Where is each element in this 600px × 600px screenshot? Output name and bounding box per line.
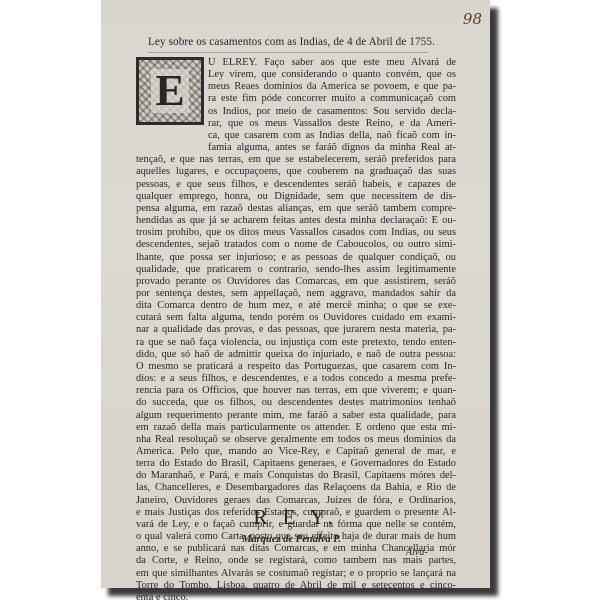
text-line: tençaõ, e que nas terras, em que se esta… [136,154,456,166]
countersignature: Marquez de Penalva P. [242,534,341,545]
text-line: dido, que só haõ de admittir queixa do i… [136,349,456,361]
text-line: ca, que casarem com as Indias della, naõ… [136,130,456,142]
text-line: rencia para os Officios, que houver nas … [136,385,456,397]
text-line: O mesmo se praticará a respeito das Port… [136,361,456,373]
text-line: las, Chancelleres, e Desembargadores das… [136,482,456,494]
text-line: dita Comarca dentro de hum mez, e até me… [136,300,456,312]
royal-signature: R E Y. [101,505,490,530]
text-line: algum requerimento perante mim, me faráõ… [136,410,456,422]
text-line: nar a qualidade das provas, e das pessoa… [136,324,456,336]
document-title: Ley sobre os casamentos com as Indias, d… [148,36,428,53]
text-line: terra do Estado do Brasil, Capitaens gen… [136,458,456,470]
text-line: rar, que os meus Vassallos deste Reino, … [136,118,456,130]
text-line: em que similhantes Alvarás se costumaõ r… [136,568,456,580]
text-line: pensa alguma, em razaõ destas alianças, … [136,203,456,215]
text-line: enta e cinco. [136,592,456,600]
text-line: ra que se naõ faça violencia, ou injusti… [136,337,456,349]
document-page: 98 Ley sobre os casamentos com as Indias… [101,0,490,588]
text-line: U ELREY. Faço saber aos que este meu Alv… [136,57,456,69]
text-line: famia alguma, antes se faráõ dignos da m… [136,142,456,154]
text-line: descendentes, sejaõ tratados com o nome … [136,239,456,251]
text-line: dios: e a seus filhos, e descendentes, e… [136,373,456,385]
catchword: Alva- [406,547,428,558]
text-line: do succeda, que os filhos, ou descendent… [136,397,456,409]
text-line: qualquer emprego, honra, ou Dignidade, s… [136,191,456,203]
text-line: nha Real resoluçaõ se observe geralmente… [136,434,456,446]
text-line: trosim prohibo, que os ditos meus Vassal… [136,227,456,239]
text-line: hendidas as que já se acharem feitas ant… [136,215,456,227]
text-line: aquelles lugares, e occupaçoens, que cou… [136,166,456,178]
text-line: do Maranhaõ, e Pará, e mais Conquistas d… [136,470,456,482]
text-line: provado perante os Ouvidores das Comarca… [136,276,456,288]
text-line: ra este fim póde concorrer muito a commu… [136,93,456,105]
text-line: lhante, que possa ser injurioso; e as pe… [136,252,456,264]
text-line: os Indios, por meio de casamentos: Sou s… [136,106,456,118]
text-line: por sentença destes, sem appellaçaõ, nem… [136,288,456,300]
text-line: Ley virem, que considerando o quanto con… [136,69,456,81]
text-line: cutará sem falta alguma, tendo porém os … [136,312,456,324]
text-line: America. Pelo que, mando ao Vice-Rey, e … [136,446,456,458]
text-line: Torre do Tombo. Lisboa, quatro de Abril … [136,580,456,592]
text-line: meus Reaes dominios da America se povoem… [136,81,456,93]
text-line: pessoas, e que seus filhos, e descendent… [136,179,456,191]
text-line: em razaõ della mais particularmente os a… [136,422,456,434]
text-line: qualidade, que praticarem o contrario, s… [136,264,456,276]
folio-number: 98 [463,10,482,28]
